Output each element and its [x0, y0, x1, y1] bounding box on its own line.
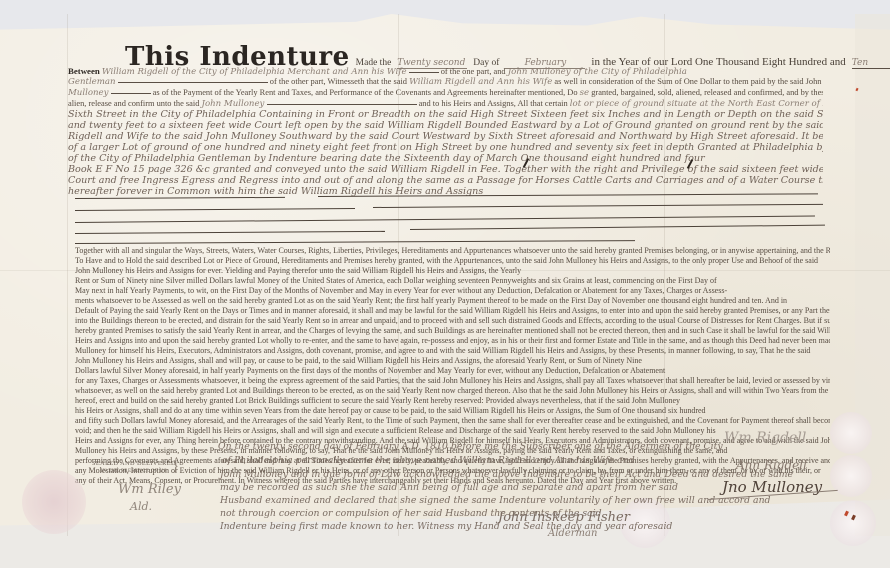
- year-value: Ten: [852, 58, 890, 69]
- acknowledgment-line: On the twenty second day of February A.D…: [218, 441, 723, 452]
- alderman-signature: John Inskeep Fisher: [498, 510, 630, 525]
- grantee-signature: Jno Mulloney: [722, 478, 822, 496]
- covenant-line: ments whatsoever to be Assessed as well …: [75, 296, 830, 306]
- wafer-seal: [830, 412, 872, 454]
- deed-line: Book E F No 15 page 326 &c granted and c…: [68, 165, 823, 175]
- covenant-line: Dollars lawful Silver Money aforesaid, i…: [75, 366, 830, 376]
- wax-seal: [22, 470, 86, 534]
- covenant-line: his Heirs or Assigns, shall and do at an…: [75, 406, 830, 416]
- covenant-line: To Have and to Hold the said described L…: [75, 256, 830, 266]
- deed-line: Between William Rigdell of the City of P…: [68, 66, 823, 77]
- witness-signature: Ald.: [130, 500, 152, 513]
- covenant-line: John Mulloney his Heirs and Assigns, sha…: [75, 356, 830, 366]
- brace-glyph: }: [172, 458, 179, 475]
- acknowledgment-line: Husband examined and declared that she s…: [220, 495, 771, 506]
- covenant-line: hereby granted Premises to satisfy the s…: [75, 326, 830, 336]
- witness-signature: Wm Riley: [118, 482, 181, 497]
- deed-line: alien, release and confirm unto the said…: [68, 99, 823, 109]
- covenant-line: into the Buildings thereon to be erected…: [75, 316, 830, 326]
- acknowledgment-line: may be recorded as such she the said Ann…: [220, 482, 678, 493]
- wafer-seal: [830, 500, 876, 546]
- covenant-line: Mulloney for himself his Heirs, Executor…: [75, 346, 830, 356]
- grantor-wife-signature: Ann Rigdell: [736, 458, 807, 472]
- acknowledgment-line: John Mulloney and in due form of Law ack…: [220, 469, 793, 480]
- deed-line: Mulloney as of the Payment of the Yearly…: [68, 88, 823, 98]
- deed-line: Sixth Street in the City of Philadelphia…: [68, 110, 823, 120]
- acknowledgment-line: of Philadelphia personally came the abov…: [222, 455, 635, 466]
- covenant-line: Heirs and Assigns into and upon the said…: [75, 336, 830, 346]
- grantor-signature: Wm Rigdell: [724, 430, 806, 446]
- covenant-line: and fifty such Dollars lawful Money afor…: [75, 416, 830, 426]
- deed-line: Court and free Ingress Egress and Regres…: [68, 176, 823, 186]
- deed-line: of a larger Lot of ground of one hundred…: [68, 143, 823, 153]
- deed-line: Rigdell and Wife to the said John Mullon…: [68, 132, 823, 142]
- covenant-line: for any Taxes, Charges or Assessments wh…: [75, 376, 830, 386]
- deed-line: Gentleman of the other part, Witnesseth …: [68, 77, 823, 87]
- covenant-line: Rent or Sum of Ninety nine Silver milled…: [75, 276, 830, 286]
- covenant-line: hereof, erect and build on the said here…: [75, 396, 830, 406]
- sealed-delivered-label: SEALED AND DELIVERED IN THE PRESENCE OF …: [92, 460, 176, 476]
- covenant-line: void; and then he the said William Rigde…: [75, 426, 830, 436]
- covenant-line: May next in half Yearly Payments, to wit…: [75, 286, 830, 296]
- covenant-line: John Mulloney his Heirs and Assigns for …: [75, 266, 830, 276]
- covenant-line: Together with all and singular the Ways,…: [75, 246, 830, 256]
- alderman-title: Alderman: [548, 528, 597, 539]
- covenant-line: Default of Paying the said Yearly Rent o…: [75, 306, 830, 316]
- deed-line: and twenty feet to a sixteen feet wide C…: [68, 121, 823, 131]
- covenant-line: whatsoever, as well on the said hereby g…: [75, 386, 830, 396]
- deed-line: of the City of Philadelphia Gentleman by…: [68, 154, 823, 164]
